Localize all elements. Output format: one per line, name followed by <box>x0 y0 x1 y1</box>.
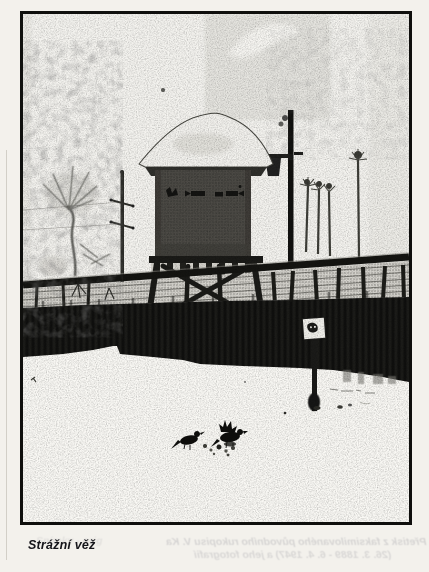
bleed-through-line-2: (26. 3. 1889 - 6. 4. 1947) a jeho fotogr… <box>194 549 391 561</box>
guard-tower-photo <box>20 11 412 525</box>
page-margin-scratch <box>6 150 7 560</box>
bleed-through-line-1: Přetisk z faksimilovaného původního ruko… <box>166 536 426 548</box>
film-grain <box>23 14 409 522</box>
photo-caption: Strážní věž <box>28 538 96 552</box>
scanned-page: Přetisk z faksimilovaného původního ruko… <box>0 0 429 572</box>
